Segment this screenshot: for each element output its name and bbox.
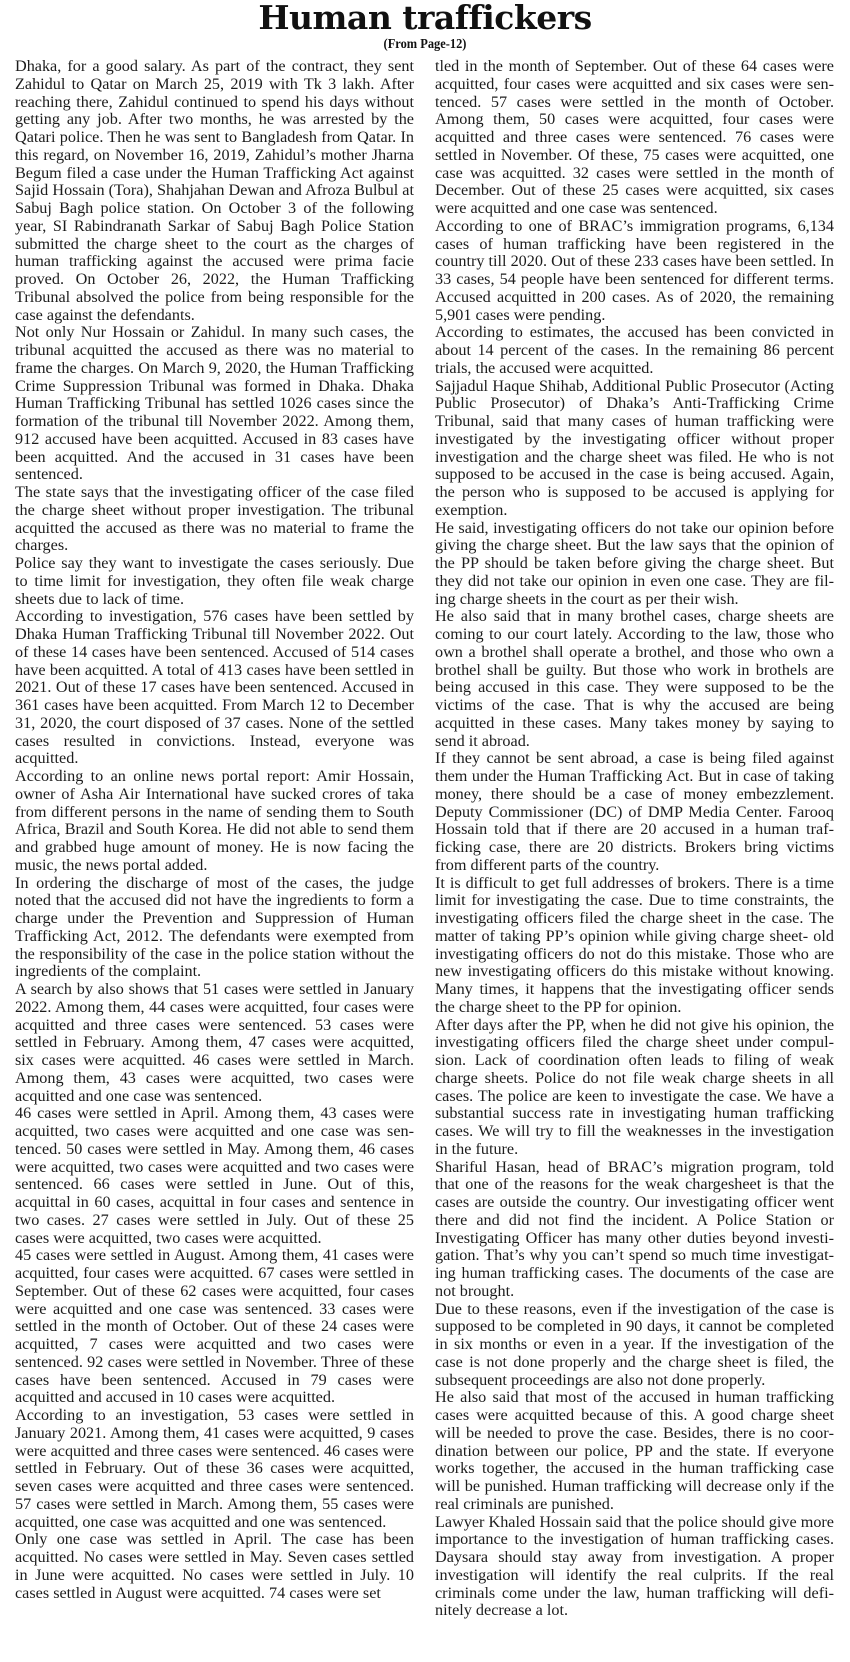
paragraph: 45 cases were settled in August. Among t… bbox=[15, 1247, 414, 1407]
paragraph: He also said that in many brothel cases,… bbox=[435, 608, 834, 750]
paragraph: According to an online news portal repor… bbox=[15, 768, 414, 875]
paragraph: He said, investigating officers do not t… bbox=[435, 520, 834, 609]
paragraph: 46 cases were settled in April. Among th… bbox=[15, 1105, 414, 1247]
paragraph: Not only Nur Hossain or Zahidul. In many… bbox=[15, 324, 414, 484]
paragraph: Sajjadul Haque Shihab, Additional Public… bbox=[435, 378, 834, 520]
paragraph: After days after the PP, when he did not… bbox=[435, 1017, 834, 1159]
headline: Human traffickers bbox=[0, 0, 850, 40]
paragraph: Only one case was settled in April. The … bbox=[15, 1531, 414, 1602]
paragraph: Lawyer Khaled Hossain said that the poli… bbox=[435, 1514, 834, 1621]
continuation-note: (From Page-12) bbox=[34, 36, 816, 52]
paragraph: He also said that most of the accused in… bbox=[435, 1389, 834, 1513]
paragraph: Dhaka, for a good salary. As part of the… bbox=[15, 58, 414, 324]
paragraph: Due to these reasons, even if the invest… bbox=[435, 1301, 834, 1390]
paragraph: Shariful Hasan, head of BRAC’s migration… bbox=[435, 1159, 834, 1301]
paragraph: If they cannot be sent abroad, a case is… bbox=[435, 750, 834, 874]
paragraph: The state says that the investigating of… bbox=[15, 484, 414, 555]
paragraph: In ordering the discharge of most of the… bbox=[15, 875, 414, 982]
paragraph: According to an investigation, 53 cases … bbox=[15, 1407, 414, 1531]
right-column: tled in the month of September. Out of t… bbox=[435, 58, 834, 1620]
paragraph: A search by also shows that 51 cases wer… bbox=[15, 981, 414, 1105]
paragraph: According to investigation, 576 cases ha… bbox=[15, 608, 414, 768]
paragraph: According to one of BRAC’s immigration p… bbox=[435, 218, 834, 325]
paragraph: Police say they want to investigate the … bbox=[15, 555, 414, 608]
paragraph: It is difficult to get full addresses of… bbox=[435, 875, 834, 1017]
paragraph: tled in the month of September. Out of t… bbox=[435, 58, 834, 218]
left-column: Dhaka, for a good salary. As part of the… bbox=[15, 58, 414, 1602]
paragraph: According to estimates, the accused has … bbox=[435, 324, 834, 377]
